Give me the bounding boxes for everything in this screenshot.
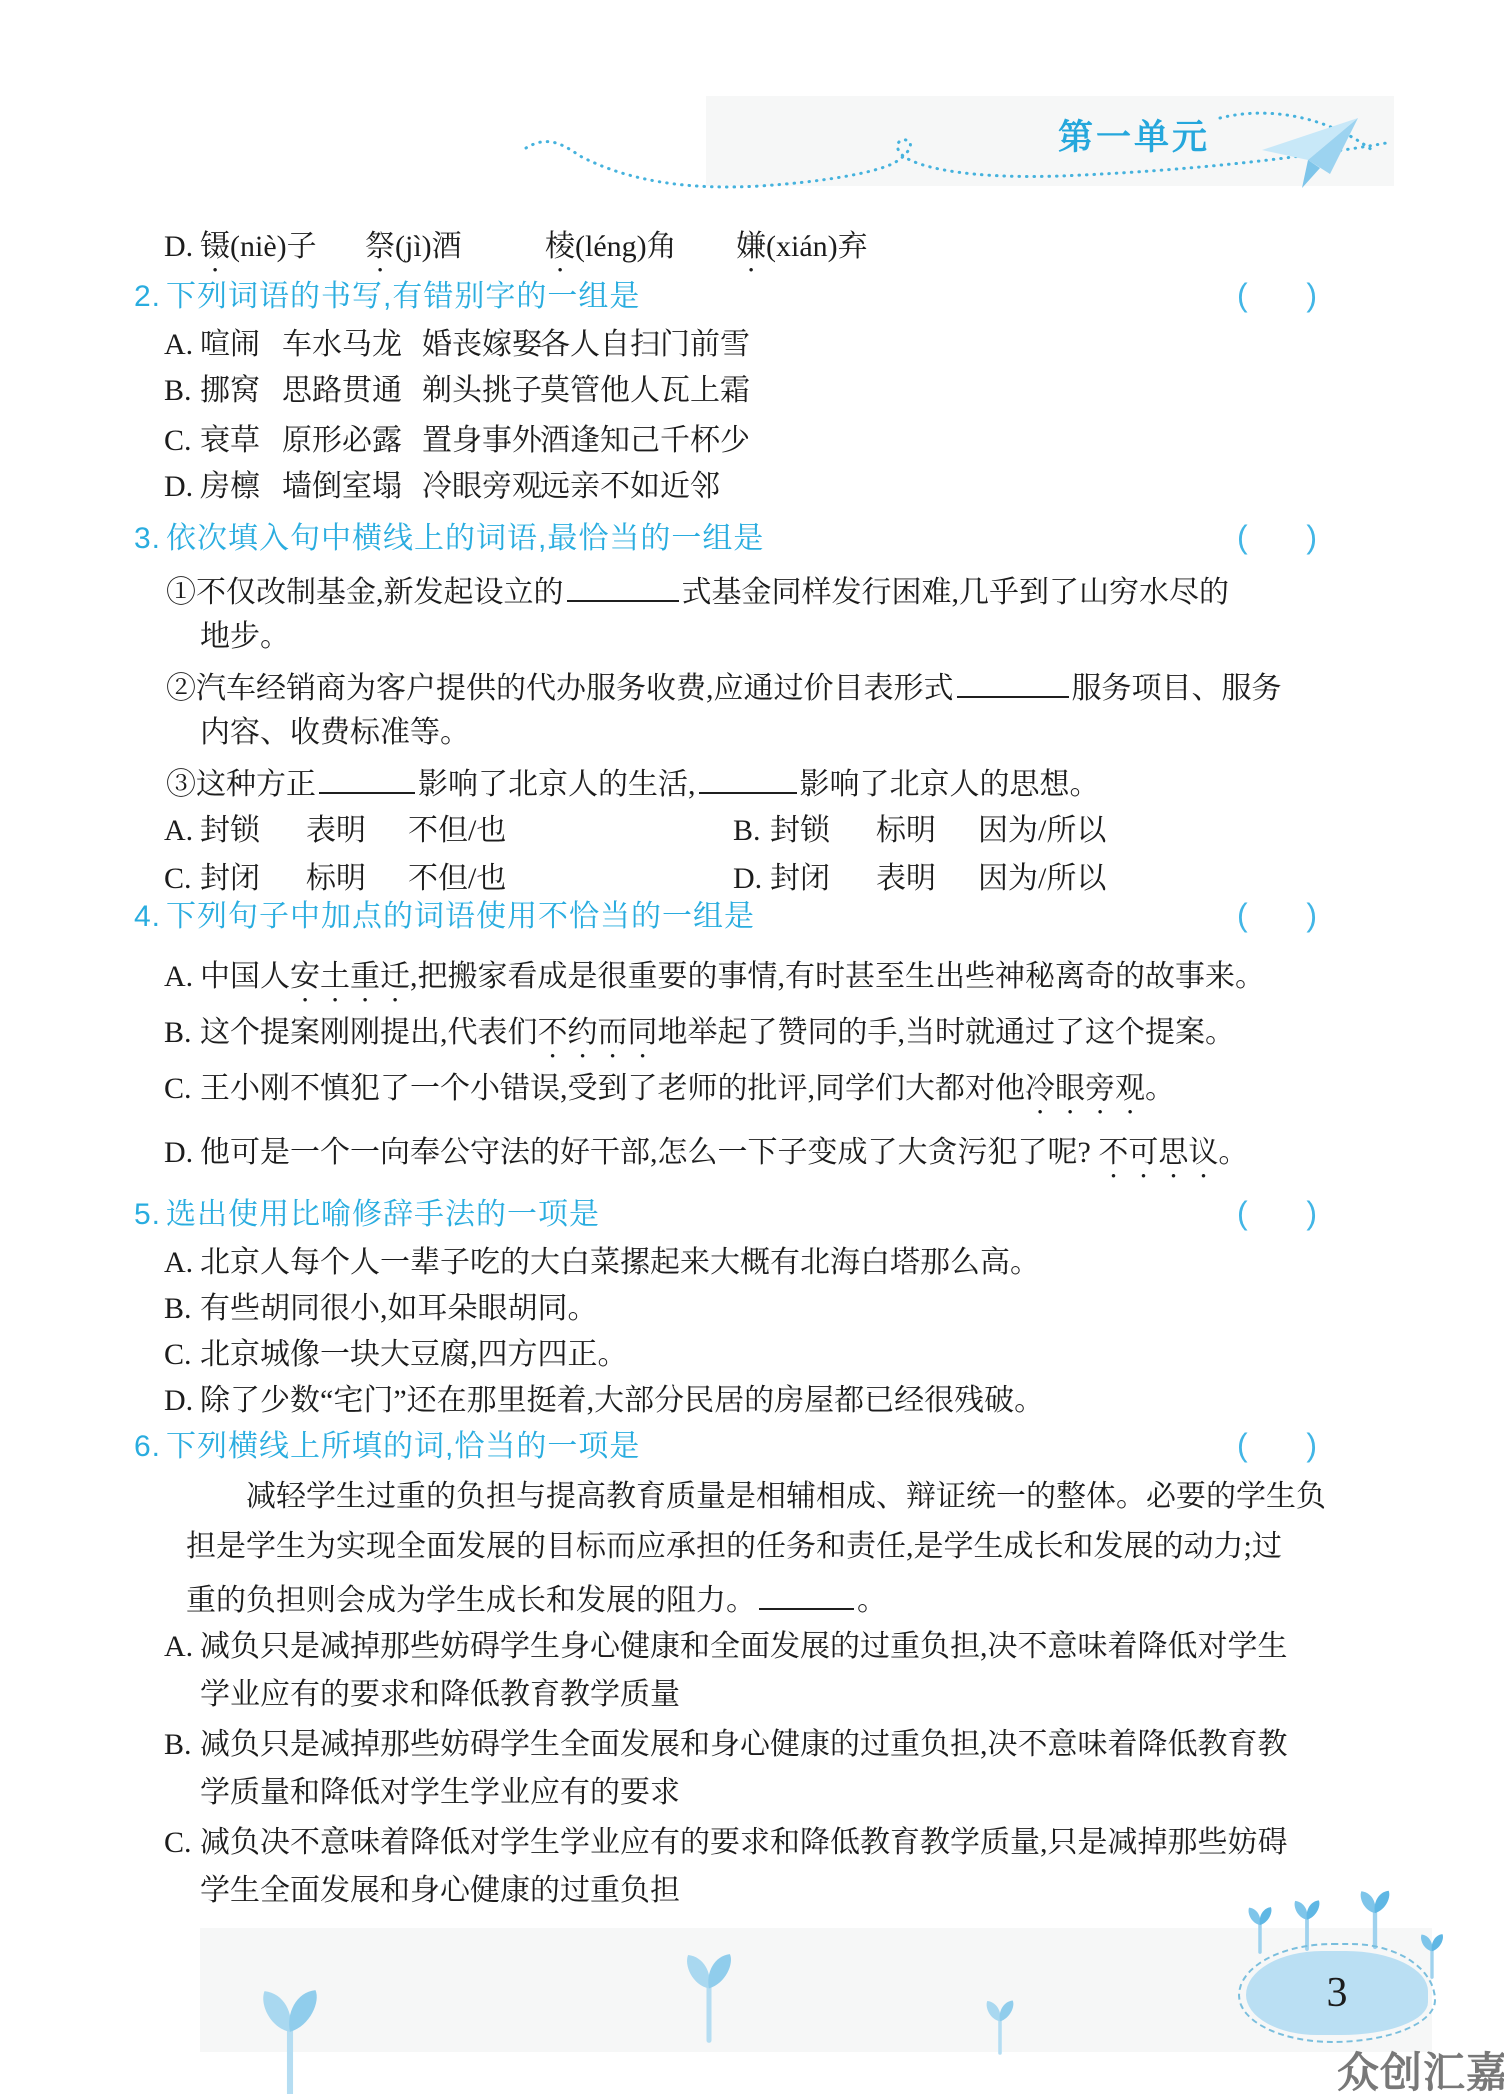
option-letter: A. (164, 1628, 193, 1666)
sentence-text: 影响了北京人的生活, (418, 768, 696, 801)
word-col: 各人自扫门前雪 (540, 326, 750, 364)
sentence-text: ③这种方正 (166, 768, 316, 801)
q6-paragraph-line-2: 担是学生为实现全面发展的目标而应承担的任务和责任,是学生成长和发展的动力;过 (186, 1528, 1282, 1566)
question-title: 依次填入句中横线上的词语,最恰当的一组是 (166, 520, 764, 558)
sentence-text: ②汽车经销商为客户提供的代办服务收费,应通过价目表形式 (166, 672, 954, 705)
sprout-icon (982, 1998, 1018, 2054)
watermark-text: 众创汇嘉 (1337, 2040, 1504, 2094)
emphasized-char: 嫌 (736, 230, 766, 263)
option-word: 表明 (306, 812, 366, 850)
word-col: 挪窝 (200, 372, 260, 410)
sentence-text: 王小刚不慎犯了一个小错误,受到了老师的批评,同学们大都对他 (200, 1072, 1025, 1105)
question-title: 选出使用比喻修辞手法的一项是 (166, 1196, 600, 1234)
q3-sentence-1: ①不仅改制基金,新发起设立的式基金同样发行困难,几乎到了山穷水尽的 (166, 570, 1229, 612)
emphasized-char: 镊 (200, 230, 230, 263)
fill-blank (567, 570, 679, 602)
sentence-text: 中国人 (200, 960, 290, 993)
sentence-text: 。 (1218, 1136, 1248, 1169)
sentence-text: 服务项目、服务 (1072, 672, 1282, 705)
q3-sentence-2-cont: 内容、收费标准等。 (200, 714, 470, 752)
option-sentence: 学业应有的要求和降低教育教学质量 (200, 1678, 680, 1711)
option-letter: A. (164, 958, 193, 996)
word-col: 冷眼旁观 (422, 468, 542, 506)
paren-close: ) (1306, 1426, 1317, 1464)
option-letter: C. (164, 1336, 192, 1374)
option-letter: C. (164, 1070, 192, 1108)
sentence-text: 。 (1145, 1072, 1175, 1105)
option-letter: B. (164, 1290, 192, 1328)
word-item: 祭(jì)酒 (365, 228, 462, 279)
option-letter: B. (733, 812, 761, 850)
word-col: 车水马龙 (282, 326, 402, 364)
word-col: 置身事外 (422, 422, 542, 460)
page-number-background: 3 (1246, 1951, 1428, 2035)
paragraph-text: 减轻学生过重的负担与提高教育质量是相辅相成、辩证统一的整体。必要的学生负 (246, 1480, 1326, 1513)
q6-option-a-line-2: 学业应有的要求和降低教育教学质量 (200, 1676, 680, 1714)
option-letter: B. (164, 1014, 192, 1052)
fill-blank (759, 1578, 854, 1610)
option-letter: D. (164, 1134, 193, 1172)
sentence-text: 他可是一个一向奉公守法的好干部,怎么一下子变成了大贪污犯了呢? (200, 1136, 1098, 1169)
q3-sentence-3: ③这种方正影响了北京人的生活,影响了北京人的思想。 (166, 762, 1100, 804)
sentence-text: 影响了北京人的思想。 (800, 768, 1100, 801)
option-sentence: 减负只是减掉那些妨碍学生全面发展和身心健康的过重负担,决不意味着降低教育教 (200, 1726, 1288, 1764)
option-sentence: 王小刚不慎犯了一个小错误,受到了老师的批评,同学们大都对他冷眼旁观。 (200, 1070, 1175, 1121)
paren-open: ( (1237, 896, 1248, 934)
sentence-text: 地举起了赞同的手,当时就通过了这个提案。 (658, 1016, 1236, 1049)
option-letter: C. (164, 422, 192, 460)
word-col: 婚丧嫁娶 (422, 326, 542, 364)
word-col: 喧闹 (200, 326, 260, 364)
fill-blank (699, 762, 797, 794)
paper-airplane-icon (1262, 118, 1358, 188)
unit-title: 第一单元 (1058, 110, 1210, 160)
emphasized-char: 棱 (545, 230, 575, 263)
option-word: 封闭 (770, 860, 830, 898)
option-sentence: 北京人每个人一辈子吃的大白菜摞起来大概有北海白塔那么高。 (200, 1244, 1040, 1282)
emphasized-char: 祭 (365, 230, 395, 263)
paren-close: ) (1306, 518, 1317, 556)
option-letter: B. (164, 372, 192, 410)
sentence-text: ①不仅改制基金,新发起设立的 (166, 576, 564, 609)
fill-blank (957, 666, 1069, 698)
option-word: 标明 (306, 860, 366, 898)
paren-close: ) (1306, 1194, 1317, 1232)
question-number: 5. (134, 1196, 161, 1234)
option-letter: D. (164, 228, 193, 266)
q6-option-c-line-2: 学生全面发展和身心健康的过重负担 (200, 1872, 680, 1910)
sprout-icon (1358, 1888, 1392, 1948)
paren-close: ) (1306, 276, 1317, 314)
paren-open: ( (1237, 276, 1248, 314)
option-letter: B. (164, 1726, 192, 1764)
word-col: 剃头挑子 (422, 372, 542, 410)
word-col: 墙倒室塌 (282, 468, 402, 506)
answer-parentheses: () (1237, 1426, 1317, 1464)
q3-sentence-2: ②汽车经销商为客户提供的代办服务收费,应通过价目表形式服务项目、服务 (166, 666, 1282, 708)
paragraph-text: 。 (857, 1584, 887, 1617)
option-sentence: 除了少数“宅门”还在那里挺着,大部分民居的房屋都已经很残破。 (200, 1382, 1044, 1420)
answer-parentheses: () (1237, 276, 1317, 314)
dotted-line-decoration (526, 140, 1392, 187)
sprout-icon (255, 1985, 325, 2094)
sprout-icon (1292, 1898, 1322, 1950)
paren-open: ( (1237, 518, 1248, 556)
option-word: 表明 (876, 860, 936, 898)
option-sentence: 学质量和降低对学生学业应有的要求 (200, 1776, 680, 1809)
q6-option-b-line-2: 学质量和降低对学生学业应有的要求 (200, 1774, 680, 1812)
option-sentence: 北京城像一块大豆腐,四方四正。 (200, 1336, 628, 1374)
sprout-icon (672, 1950, 746, 2042)
header-decoration (520, 118, 1404, 208)
option-letter: D. (164, 468, 193, 506)
option-sentence: 中国人安土重迁,把搬家看成是很重要的事情,有时甚至生出些神秘离奇的故事来。 (200, 958, 1265, 1009)
answer-parentheses: () (1237, 518, 1317, 556)
q3-sentence-1-cont: 地步。 (200, 618, 290, 656)
word-rest: (léng)角 (575, 230, 677, 263)
word-item: 镊(niè)子 (200, 228, 317, 279)
sentence-text: 内容、收费标准等。 (200, 716, 470, 749)
page-number-blob: 3 (1238, 1943, 1436, 2043)
option-word: 封闭 (200, 860, 260, 898)
answer-parentheses: () (1237, 896, 1317, 934)
option-sentence: 这个提案刚刚提出,代表们不约而同地举起了赞同的手,当时就通过了这个提案。 (200, 1014, 1235, 1065)
word-col: 远亲不如近邻 (540, 468, 720, 506)
question-number: 2. (134, 278, 161, 316)
word-col: 衰草 (200, 422, 260, 460)
emphasized-idiom: 不约而同 (538, 1016, 658, 1049)
question-number: 3. (134, 520, 161, 558)
option-letter: A. (164, 326, 193, 364)
option-word: 封锁 (200, 812, 260, 850)
word-col: 莫管他人瓦上霜 (540, 372, 750, 410)
option-word: 因为/所以 (978, 812, 1106, 850)
option-sentence: 学生全面发展和身心健康的过重负担 (200, 1874, 680, 1907)
question-number: 4. (134, 898, 161, 936)
word-item: 棱(léng)角 (545, 228, 677, 279)
option-word: 封锁 (770, 812, 830, 850)
workbook-page: 第一单元 D. 镊(niè)子 祭(jì)酒 棱(léng)角 嫌(xián)弃… (0, 0, 1504, 2094)
paragraph-text: 重的负担则会成为学生成长和发展的阻力。 (186, 1584, 756, 1617)
sentence-text: 式基金同样发行困难,几乎到了山穷水尽的 (682, 576, 1230, 609)
option-word: 因为/所以 (978, 860, 1106, 898)
option-letter: C. (164, 860, 192, 898)
emphasized-idiom: 安土重迁 (290, 960, 410, 993)
page-number: 3 (1327, 1969, 1348, 2017)
option-sentence: 减负只是减掉那些妨碍学生身心健康和全面发展的过重负担,决不意味着降低对学生 (200, 1628, 1288, 1666)
question-title: 下列横线上所填的词,恰当的一项是 (166, 1428, 640, 1466)
word-rest: (xián)弃 (766, 230, 868, 263)
sentence-text: 这个提案刚刚提出,代表们 (200, 1016, 538, 1049)
option-word: 标明 (876, 812, 936, 850)
option-word: 不但/也 (408, 860, 506, 898)
option-sentence: 他可是一个一向奉公守法的好干部,怎么一下子变成了大贪污犯了呢? 不可思议。 (200, 1134, 1248, 1185)
word-item: 嫌(xián)弃 (736, 228, 868, 279)
paren-open: ( (1237, 1426, 1248, 1464)
option-word: 不但/也 (408, 812, 506, 850)
option-letter: A. (164, 812, 193, 850)
word-rest: (niè)子 (230, 230, 317, 263)
option-letter: C. (164, 1824, 192, 1862)
paren-close: ) (1306, 896, 1317, 934)
answer-parentheses: () (1237, 1194, 1317, 1232)
sprout-icon (1245, 1905, 1275, 1953)
word-rest: (jì)酒 (395, 230, 462, 263)
sentence-text: 地步。 (200, 620, 290, 653)
paragraph-text: 担是学生为实现全面发展的目标而应承担的任务和责任,是学生成长和发展的动力;过 (186, 1530, 1282, 1563)
paren-open: ( (1237, 1194, 1248, 1232)
word-col: 房檩 (200, 468, 260, 506)
question-number: 6. (134, 1428, 161, 1466)
option-letter: D. (733, 860, 762, 898)
emphasized-idiom: 不可思议 (1098, 1136, 1218, 1169)
word-col: 酒逢知己千杯少 (540, 422, 750, 460)
emphasized-idiom: 冷眼旁观 (1025, 1072, 1145, 1105)
option-sentence: 减负决不意味着降低对学生学业应有的要求和降低教育教学质量,只是减掉那些妨碍 (200, 1824, 1288, 1862)
option-sentence: 有些胡同很小,如耳朵眼胡同。 (200, 1290, 598, 1328)
question-title: 下列词语的书写,有错别字的一组是 (166, 278, 640, 316)
word-col: 思路贯通 (282, 372, 402, 410)
option-letter: A. (164, 1244, 193, 1282)
fill-blank (319, 762, 415, 794)
option-letter: D. (164, 1382, 193, 1420)
q6-paragraph-line-3: 重的负担则会成为学生成长和发展的阻力。。 (186, 1578, 887, 1620)
word-col: 原形必露 (282, 422, 402, 460)
question-title: 下列句子中加点的词语使用不恰当的一组是 (166, 898, 755, 936)
sentence-text: ,把搬家看成是很重要的事情,有时甚至生出些神秘离奇的故事来。 (410, 960, 1265, 993)
q6-paragraph-line-1: 减轻学生过重的负担与提高教育质量是相辅相成、辩证统一的整体。必要的学生负 (246, 1478, 1326, 1516)
